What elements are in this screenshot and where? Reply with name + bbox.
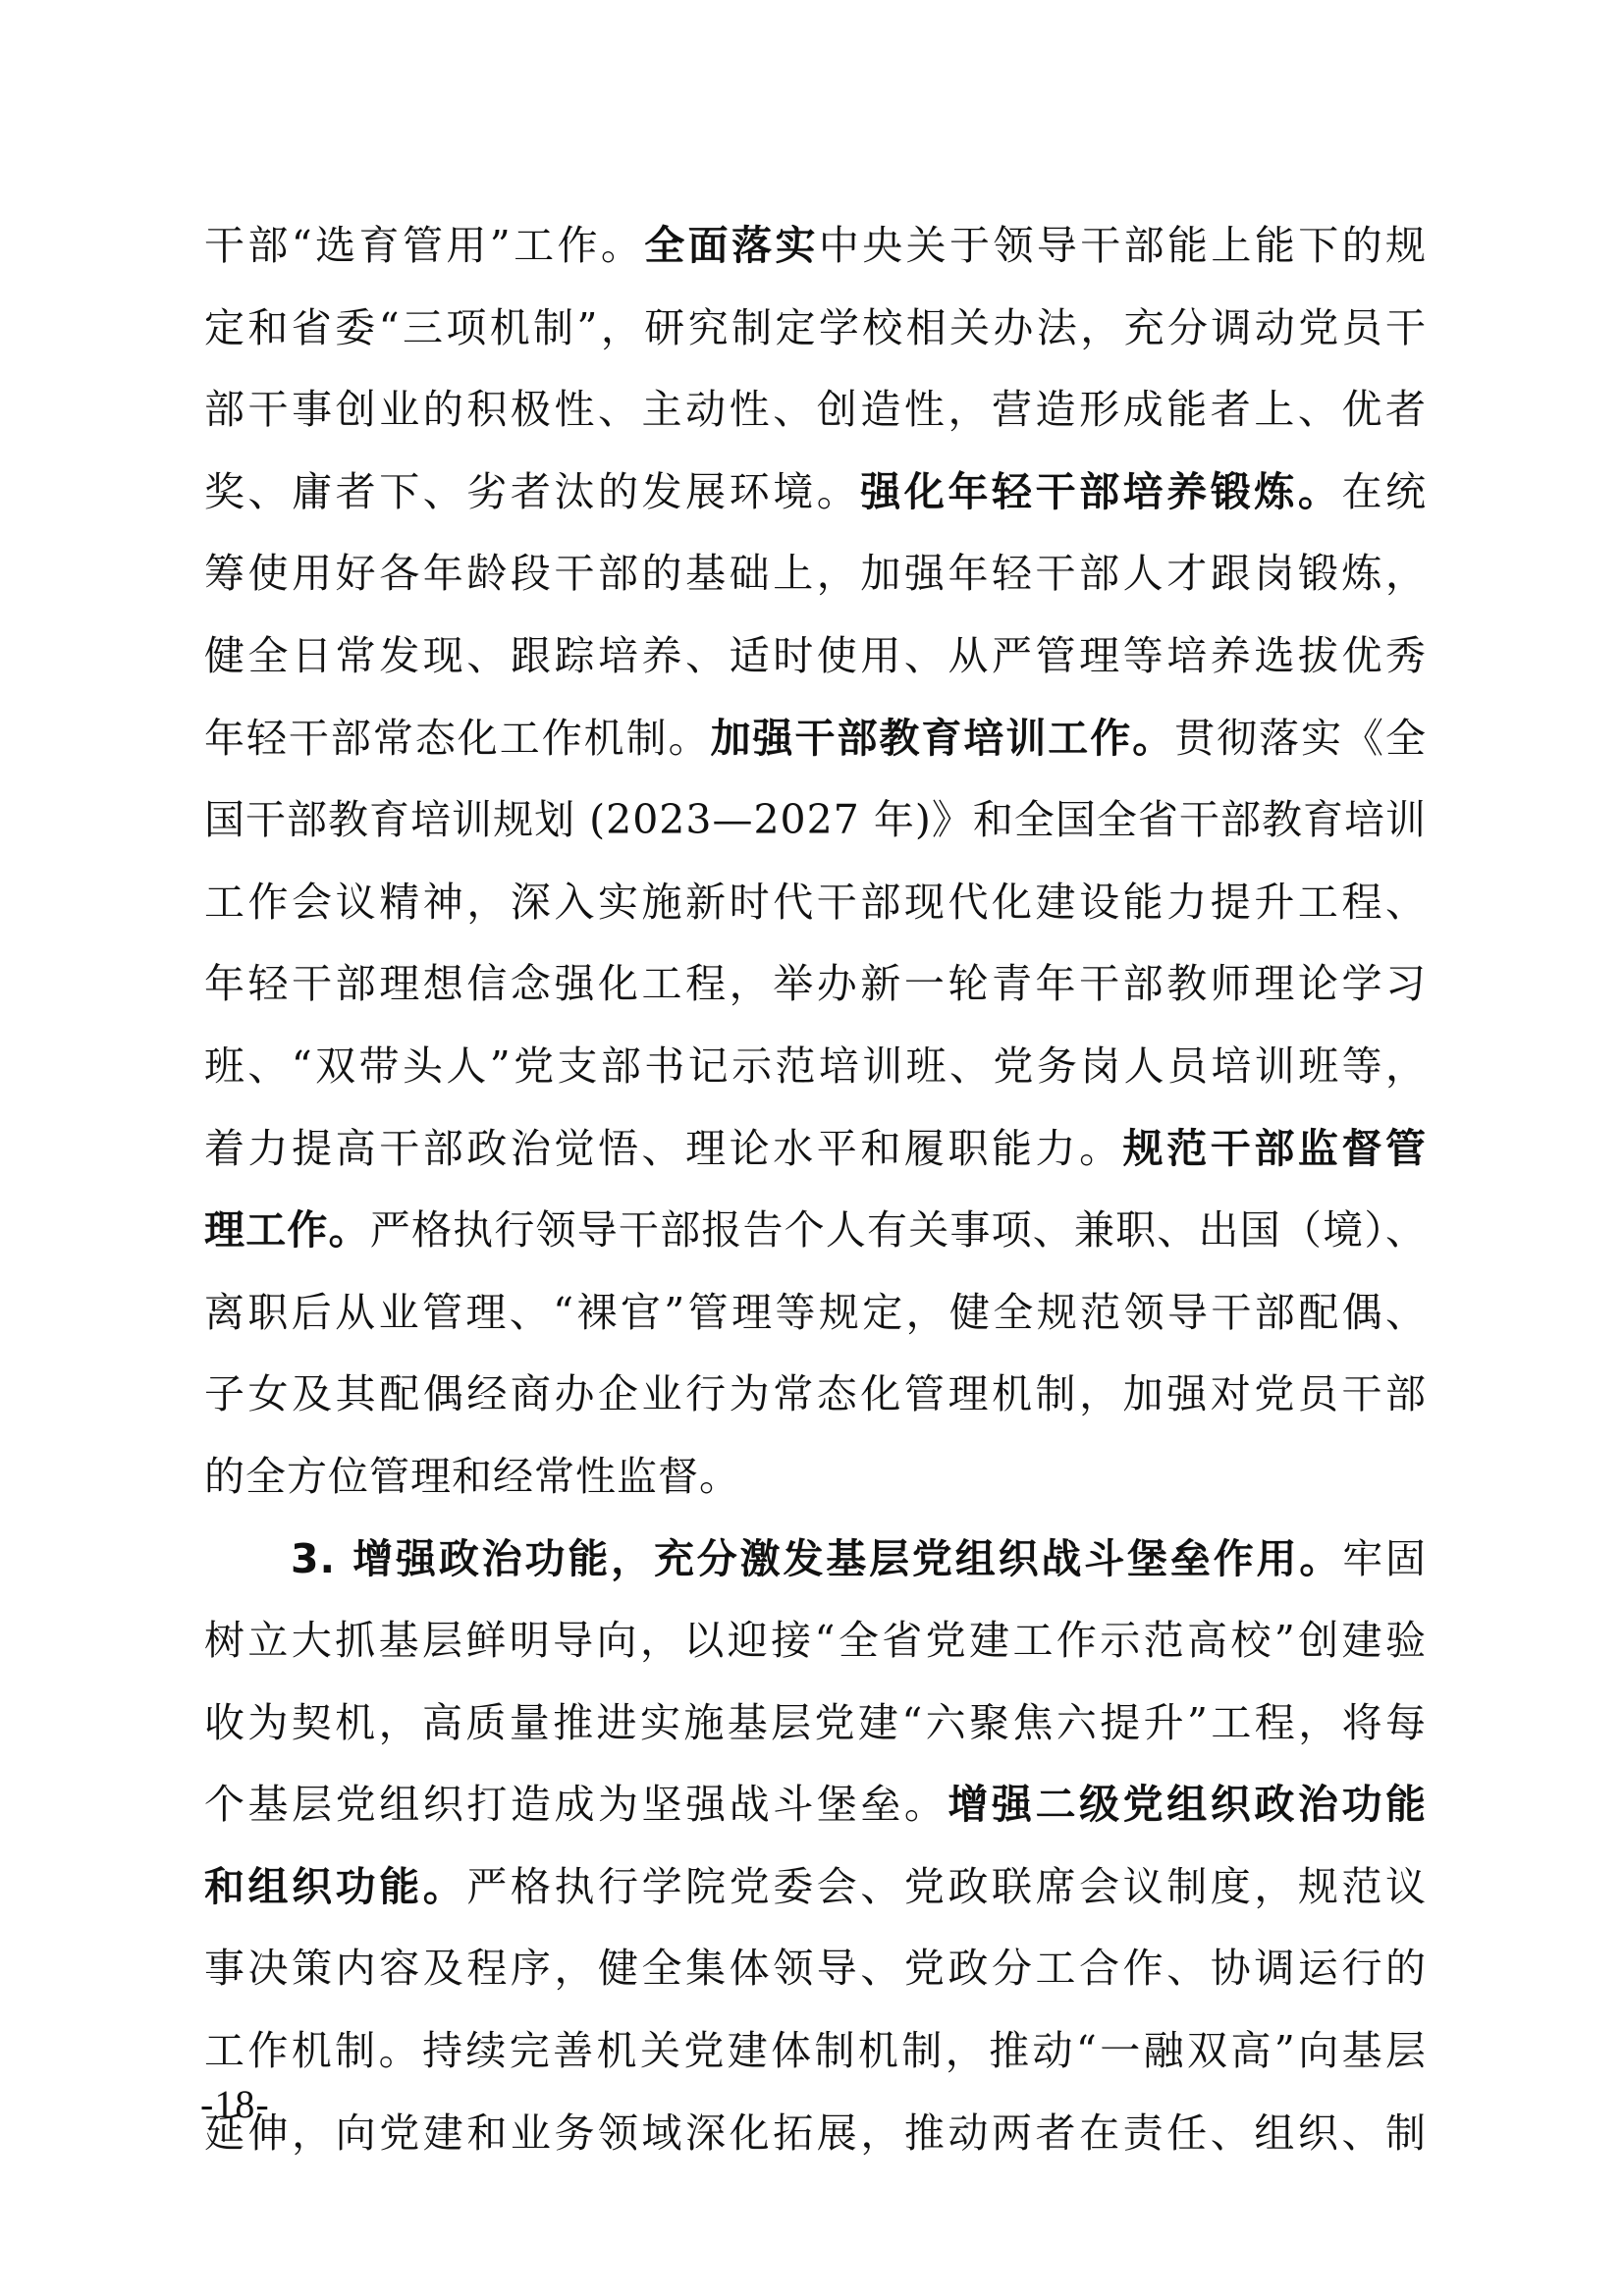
text-segment: 健全日常发现、跟踪培养、适时使用、从严管理等培养选拔优秀 bbox=[204, 632, 1427, 679]
text-line: 部干事创业的积极性、主动性、创造性，营造形成能者上、优者 bbox=[204, 380, 1427, 462]
text-segment: 在统 bbox=[1341, 468, 1427, 515]
text-segment: 部干事创业的积极性、主动性、创造性，营造形成能者上、优者 bbox=[204, 386, 1427, 433]
text-segment: 严格执行学院党委会、党政联席会议制度，规范议 bbox=[466, 1863, 1427, 1910]
text-line: 国干部教育培训规划 (2023—2027 年)》和全国全省干部教育培训 bbox=[204, 790, 1427, 873]
text-line: 子女及其配偶经商办企业行为常态化管理机制，加强对党员干部 bbox=[204, 1364, 1427, 1447]
bold-heading-segment: 规范干部监督管 bbox=[1123, 1125, 1427, 1172]
text-line: 筹使用好各年龄段干部的基础上，加强年轻干部人才跟岗锻炼， bbox=[204, 544, 1427, 626]
text-line: 收为契机，高质量推进实施基层党建“六聚焦六提升”工程，将每 bbox=[204, 1693, 1427, 1776]
text-line: 工作会议精神，深入实施新时代干部现代化建设能力提升工程、 bbox=[204, 873, 1427, 955]
bold-heading-segment: 强化年轻干部培养锻炼。 bbox=[860, 468, 1341, 515]
text-line: 和组织功能。严格执行学院党委会、党政联席会议制度，规范议 bbox=[204, 1857, 1427, 1940]
text-line: 年轻干部常态化工作机制。加强干部教育培训工作。贯彻落实《全 bbox=[204, 709, 1427, 791]
text-line: 树立大抓基层鲜明导向，以迎接“全省党建工作示范高校”创建验 bbox=[204, 1611, 1427, 1693]
text-segment: 年轻干部理想信念强化工程，举办新一轮青年干部教师理论学习 bbox=[204, 960, 1427, 1007]
text-segment: 贯彻落实《全 bbox=[1174, 715, 1427, 762]
text-segment: 严格执行领导干部报告个人有关事项、兼职、出国（境）、 bbox=[370, 1206, 1427, 1254]
text-line: 事决策内容及程序，健全集体领导、党政分工合作、协调运行的 bbox=[204, 1939, 1427, 2021]
text-segment: 国干部教育培训规划 (2023—2027 年)》和全国全省干部教育培训 bbox=[204, 796, 1427, 843]
text-line: 理工作。严格执行领导干部报告个人有关事项、兼职、出国（境）、 bbox=[204, 1201, 1427, 1283]
text-segment: 的全方位管理和经常性监督。 bbox=[204, 1453, 740, 1500]
text-line: 延伸，向党建和业务领域深化拓展，推动两者在责任、组织、制 bbox=[204, 2104, 1427, 2186]
bold-heading-segment: 全面落实 bbox=[644, 222, 819, 269]
text-line: 年轻干部理想信念强化工程，举办新一轮青年干部教师理论学习 bbox=[204, 954, 1427, 1037]
text-line: 个基层党组织打造成为坚强战斗堡垒。增强二级党组织政治功能 bbox=[204, 1775, 1427, 1857]
text-line: 的全方位管理和经常性监督。 bbox=[204, 1447, 1427, 1529]
text-segment: 干部“选育管用”工作。 bbox=[204, 222, 644, 269]
text-segment: 个基层党组织打造成为坚强战斗堡垒。 bbox=[204, 1781, 947, 1828]
text-line: 离职后从业管理、“裸官”管理等规定，健全规范领导干部配偶、 bbox=[204, 1283, 1427, 1365]
bold-heading-segment: 增强二级党组织政治功能 bbox=[947, 1781, 1427, 1828]
text-segment: 牢固 bbox=[1342, 1535, 1427, 1582]
text-line: 班、“双带头人”党支部书记示范培训班、党务岗人员培训班等， bbox=[204, 1037, 1427, 1119]
document-page: 干部“选育管用”工作。全面落实中央关于领导干部能上能下的规定和省委“三项机制”，… bbox=[0, 0, 1624, 2296]
text-segment: 工作会议精神，深入实施新时代干部现代化建设能力提升工程、 bbox=[204, 879, 1427, 926]
text-segment: 事决策内容及程序，健全集体领导、党政分工合作、协调运行的 bbox=[204, 1945, 1427, 1992]
text-segment: 离职后从业管理、“裸官”管理等规定，健全规范领导干部配偶、 bbox=[204, 1289, 1427, 1336]
text-segment: 筹使用好各年龄段干部的基础上，加强年轻干部人才跟岗锻炼， bbox=[204, 550, 1427, 597]
text-segment: 定和省委“三项机制”，研究制定学校相关办法，充分调动党员干 bbox=[204, 304, 1427, 351]
text-line: 干部“选育管用”工作。全面落实中央关于领导干部能上能下的规 bbox=[204, 216, 1427, 298]
body-text: 干部“选育管用”工作。全面落实中央关于领导干部能上能下的规定和省委“三项机制”，… bbox=[204, 216, 1427, 2185]
text-line: 工作机制。持续完善机关党建体制机制，推动“一融双高”向基层 bbox=[204, 2021, 1427, 2104]
text-segment: 中央关于领导干部能上能下的规 bbox=[819, 222, 1427, 269]
page-number: -18- bbox=[200, 2081, 270, 2127]
text-segment: 着力提高干部政治觉悟、理论水平和履职能力。 bbox=[204, 1125, 1123, 1172]
text-segment: 收为契机，高质量推进实施基层党建“六聚焦六提升”工程，将每 bbox=[204, 1699, 1427, 1746]
text-segment: 奖、庸者下、劣者汰的发展环境。 bbox=[204, 468, 860, 515]
text-segment: 子女及其配偶经商办企业行为常态化管理机制，加强对党员干部 bbox=[204, 1370, 1427, 1417]
text-segment: 年轻干部常态化工作机制。 bbox=[204, 715, 711, 762]
text-line: 定和省委“三项机制”，研究制定学校相关办法，充分调动党员干 bbox=[204, 298, 1427, 381]
bold-heading-segment: 3. 增强政治功能，充分激发基层党组织战斗堡垒作用。 bbox=[291, 1535, 1342, 1582]
bold-heading-segment: 加强干部教育培训工作。 bbox=[711, 715, 1175, 762]
text-line: 健全日常发现、跟踪培养、适时使用、从严管理等培养选拔优秀 bbox=[204, 626, 1427, 709]
text-segment: 班、“双带头人”党支部书记示范培训班、党务岗人员培训班等， bbox=[204, 1042, 1427, 1090]
text-line: 着力提高干部政治觉悟、理论水平和履职能力。规范干部监督管 bbox=[204, 1119, 1427, 1201]
text-segment: 工作机制。持续完善机关党建体制机制，推动“一融双高”向基层 bbox=[204, 2027, 1427, 2074]
text-line: 3. 增强政治功能，充分激发基层党组织战斗堡垒作用。牢固 bbox=[204, 1529, 1427, 1612]
text-segment: 树立大抓基层鲜明导向，以迎接“全省党建工作示范高校”创建验 bbox=[204, 1617, 1427, 1664]
bold-heading-segment: 和组织功能。 bbox=[204, 1863, 466, 1910]
bold-heading-segment: 理工作。 bbox=[204, 1206, 370, 1254]
text-segment: 延伸，向党建和业务领域深化拓展，推动两者在责任、组织、制 bbox=[204, 2109, 1427, 2157]
text-line: 奖、庸者下、劣者汰的发展环境。强化年轻干部培养锻炼。在统 bbox=[204, 462, 1427, 545]
